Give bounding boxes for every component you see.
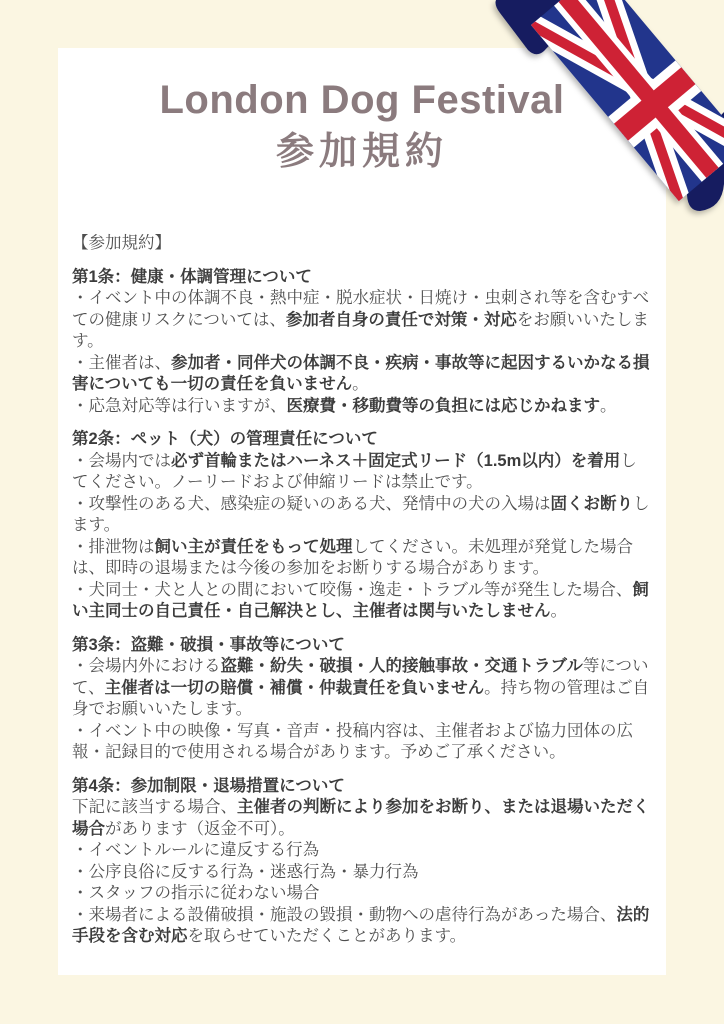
terms-sections: 第1条：健康・体調管理について・イベント中の体調不良・熱中症・脱水症状・日焼け・…: [72, 267, 652, 948]
terms-paragraph: ・主催者は、参加者・同伴犬の体調不良・疾病・事故等に起因するいかなる損害について…: [72, 353, 652, 396]
body-text: を取らせていただくことがあります。: [188, 927, 467, 945]
emphasized-text: 主催者は一切の賠償・補償・仲裁責任を負いません: [105, 679, 485, 697]
body-text: ・会場内では: [72, 452, 171, 470]
emphasized-text: 盗難・紛失・破損・人的接触事故・交通トラブル: [221, 657, 583, 675]
terms-section: 第4条：参加制限・退場措置について下記に該当する場合、主催者の判断により参加をお…: [72, 776, 652, 948]
terms-paragraph: ・攻撃性のある犬、感染症の疑いのある犬、発情中の犬の入場は固くお断りします。: [72, 494, 652, 537]
terms-intro: 【参加規約】: [72, 233, 652, 255]
terms-paragraph: ・来場者による設備破損・施設の毀損・動物への虐待行為があった場合、法的手段を含む…: [72, 905, 652, 948]
terms-section: 第2条：ペット（犬）の管理責任について・会場内では必ず首輪またはハーネス＋固定式…: [72, 429, 652, 623]
union-jack-corner-ribbon-icon: [464, 0, 724, 220]
body-text: ・来場者による設備破損・施設の毀損・動物への虐待行為があった場合、: [72, 906, 616, 924]
section-heading: 第1条：健康・体調管理について: [72, 267, 652, 289]
terms-paragraph: ・会場内では必ず首輪またはハーネス＋固定式リード（1.5m以内）を着用してくださ…: [72, 451, 652, 494]
body-text: があります（返金不可）。: [105, 820, 295, 838]
body-text: ・イベント中の映像・写真・音声・投稿内容は、主催者および協力団体の広報・記録目的…: [72, 722, 633, 762]
body-text: ・スタッフの指示に従わない場合: [72, 884, 320, 902]
body-text: ・応急対応等は行いますが、: [72, 397, 287, 415]
section-heading: 第3条：盗難・破損・事故等について: [72, 635, 652, 657]
terms-paragraph: ・公序良俗に反する行為・迷惑行為・暴力行為: [72, 862, 652, 884]
section-heading: 第2条：ペット（犬）の管理責任について: [72, 429, 652, 451]
body-text: 。: [352, 375, 369, 393]
body-text: 。: [551, 602, 568, 620]
emphasized-text: 医療費・移動費等の負担には応じかねます: [287, 397, 601, 415]
section-heading: 第4条：参加制限・退場措置について: [72, 776, 652, 798]
terms-paragraph: 下記に該当する場合、主催者の判断により参加をお断り、または退場いただく場合があり…: [72, 797, 652, 840]
emphasized-text: 必ず首輪またはハーネス＋固定式リード（1.5m以内）を着用: [171, 452, 620, 470]
emphasized-text: 参加者自身の責任で対策・対応: [286, 311, 517, 329]
body-text: 。: [600, 397, 617, 415]
body-text: ・公序良俗に反する行為・迷惑行為・暴力行為: [72, 863, 419, 881]
body-text: ・会場内外における: [72, 657, 221, 675]
terms-paragraph: ・応急対応等は行いますが、医療費・移動費等の負担には応じかねます。: [72, 396, 652, 418]
body-text: ・主催者は、: [72, 354, 171, 372]
emphasized-text: 飼い主が責任をもって処理: [155, 538, 353, 556]
body-text: ・イベントルールに違反する行為: [72, 841, 319, 859]
body-text: 下記に該当する場合、: [72, 798, 237, 816]
terms-section: 第1条：健康・体調管理について・イベント中の体調不良・熱中症・脱水症状・日焼け・…: [72, 267, 652, 418]
terms-paragraph: ・スタッフの指示に従わない場合: [72, 883, 652, 905]
body-text: ・犬同士・犬と人との間において咬傷・逸走・トラブル等が発生した場合、: [72, 581, 632, 599]
terms-section: 第3条：盗難・破損・事故等について・会場内外における盗難・紛失・破損・人的接触事…: [72, 635, 652, 764]
terms-paragraph: ・イベントルールに違反する行為: [72, 840, 652, 862]
body-text: ・排泄物は: [72, 538, 155, 556]
terms-paragraph: ・犬同士・犬と人との間において咬傷・逸走・トラブル等が発生した場合、飼い主同士の…: [72, 580, 652, 623]
body-text: ・攻撃性のある犬、感染症の疑いのある犬、発情中の犬の入場は: [72, 495, 551, 513]
terms-paragraph: ・会場内外における盗難・紛失・破損・人的接触事故・交通トラブル等について、主催者…: [72, 656, 652, 721]
union-jack-band: [531, 0, 724, 201]
terms-paragraph: ・イベント中の映像・写真・音声・投稿内容は、主催者および協力団体の広報・記録目的…: [72, 721, 652, 764]
terms-paragraph: ・排泄物は飼い主が責任をもって処理してください。未処理が発覚した場合は、即時の退…: [72, 537, 652, 580]
terms-document: 【参加規約】 第1条：健康・体調管理について・イベント中の体調不良・熱中症・脱水…: [72, 233, 652, 948]
emphasized-text: 固くお断り: [551, 495, 634, 513]
terms-paragraph: ・イベント中の体調不良・熱中症・脱水症状・日焼け・虫刺され等を含むすべての健康リ…: [72, 288, 652, 353]
